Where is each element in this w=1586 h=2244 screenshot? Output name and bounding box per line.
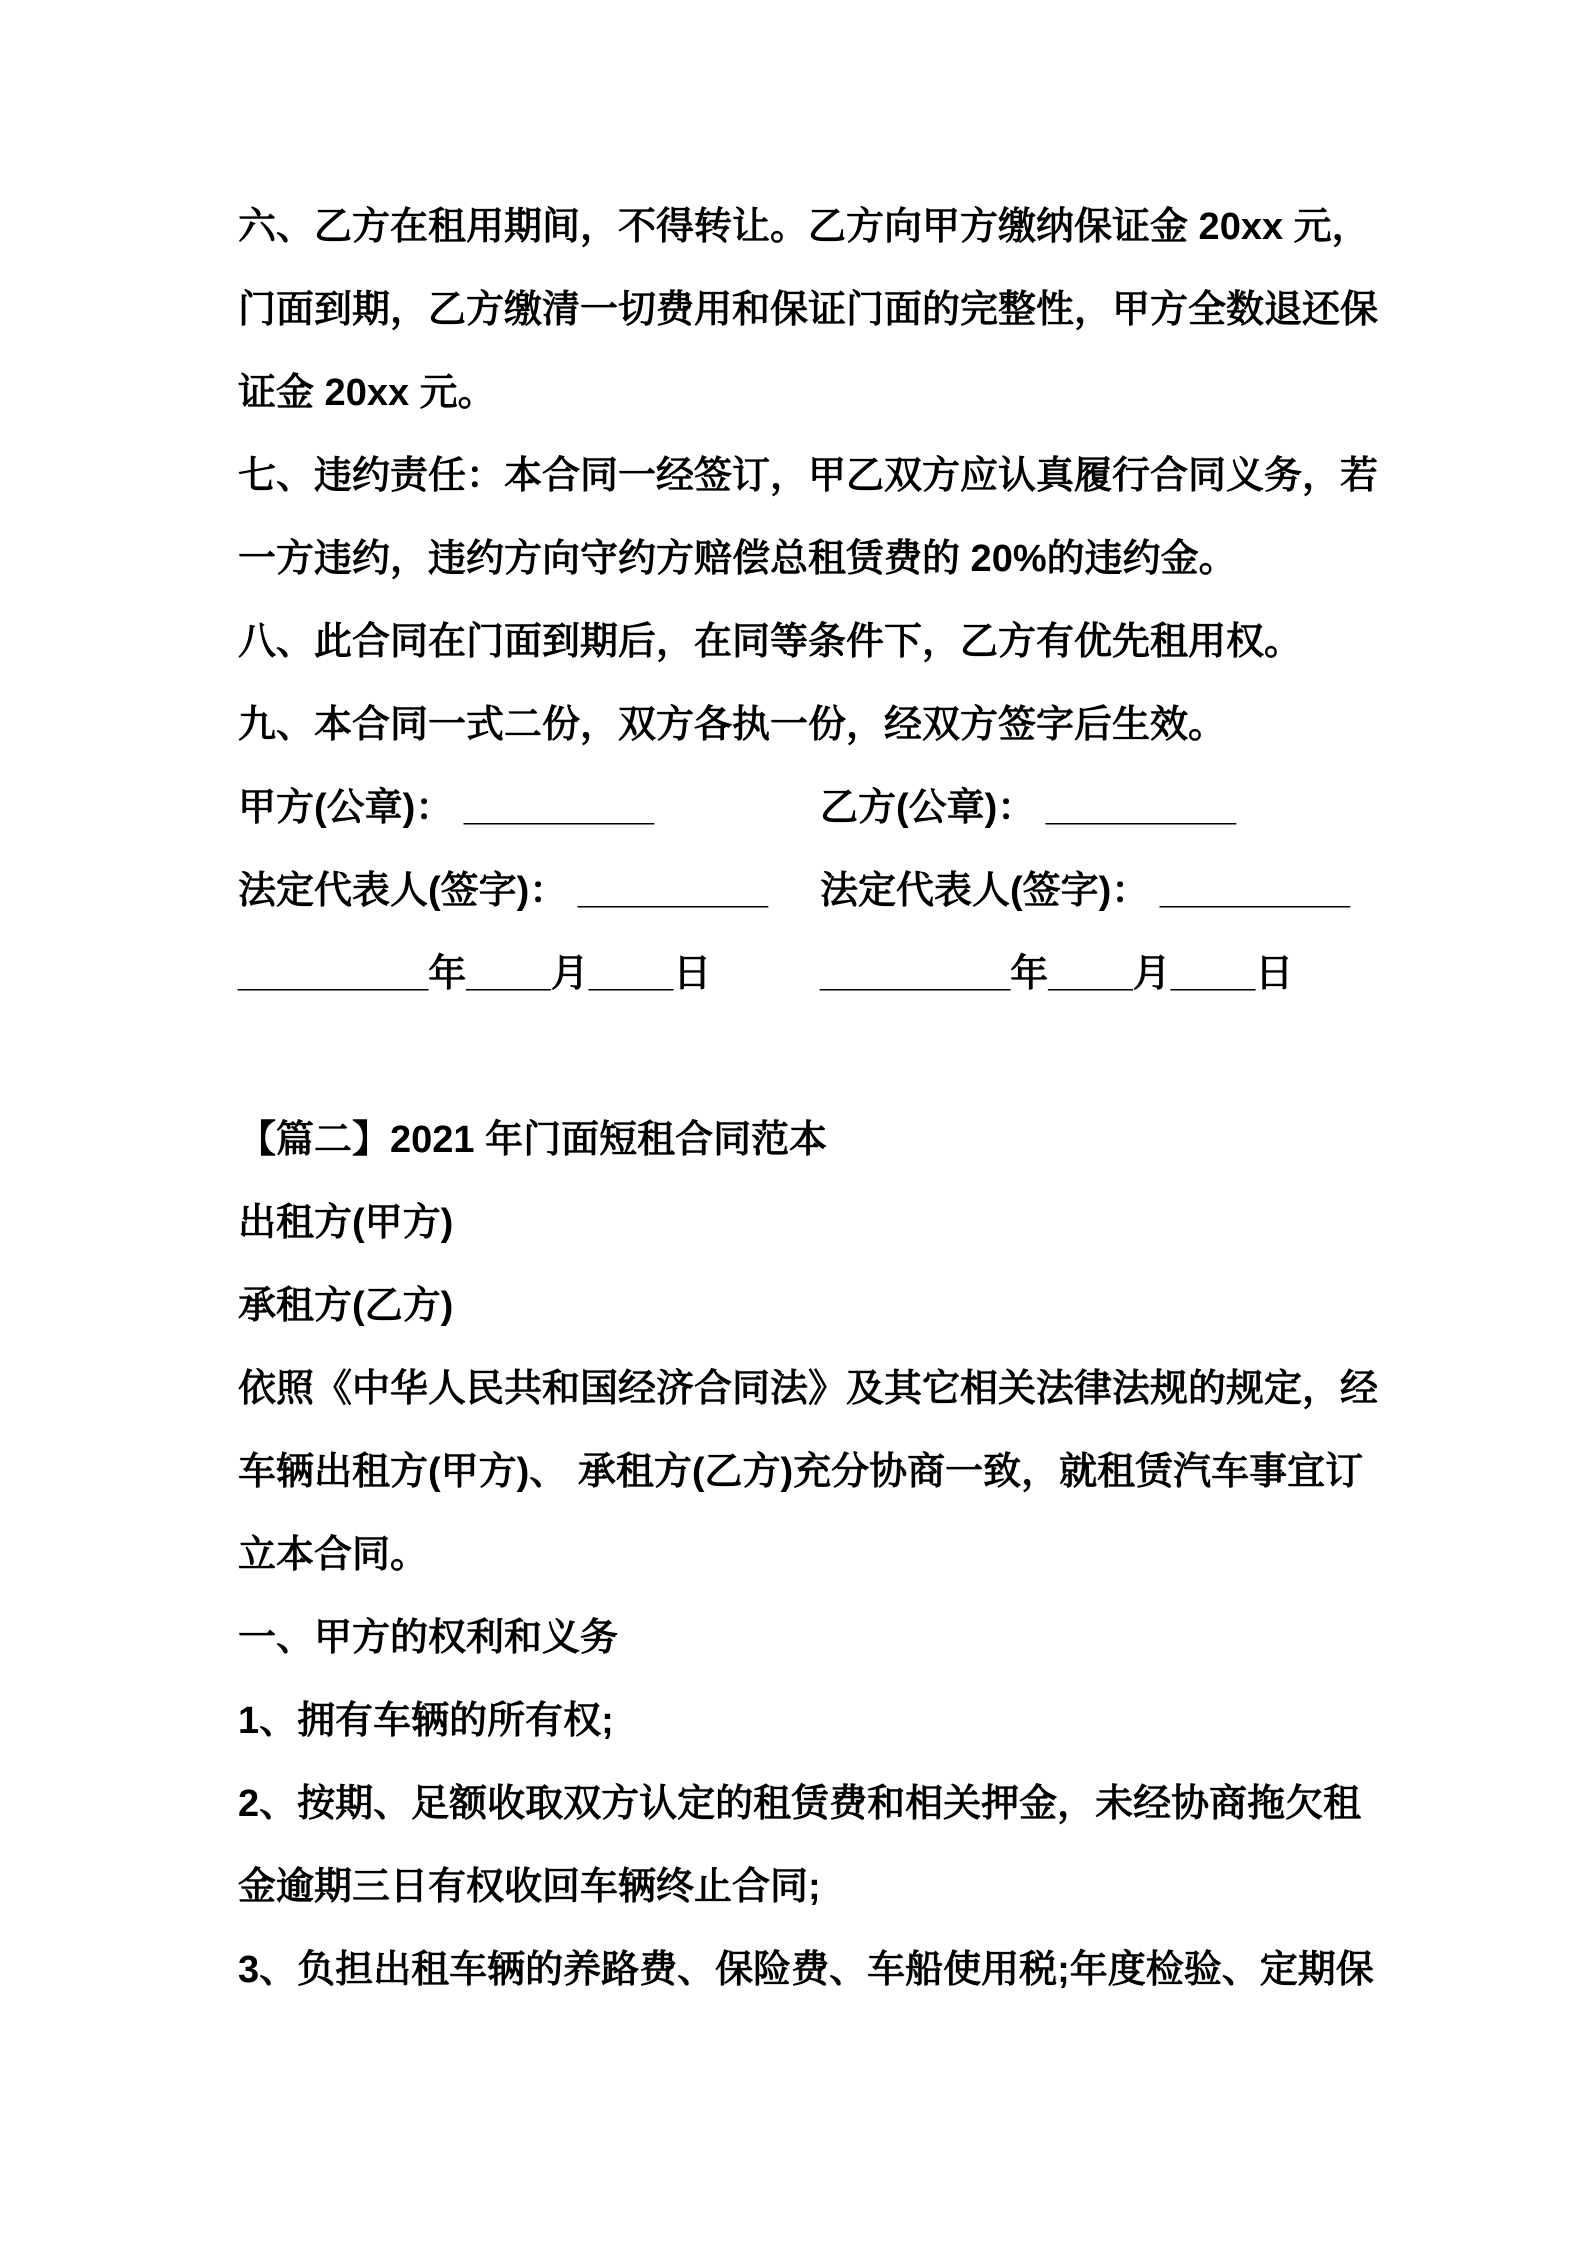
contract-document-page: 六、乙方在租用期间，不得转让。乙方向甲方缴纳保证金 20xx 元， 门面到期，乙…	[0, 0, 1586, 2244]
section-separator	[238, 1016, 1466, 1099]
lessor-line: 出租方(甲方)	[238, 1182, 1466, 1265]
party-b-legal-rep-blank: 法定代表人(签字)： _________	[820, 850, 1350, 933]
party-b-date-blank: _________年____月____日	[820, 933, 1293, 1016]
seal-signature-row: 甲方(公章)： _________ 乙方(公章)： _________	[238, 767, 1466, 850]
preamble-line-2: 车辆出租方(甲方)、 承租方(乙方)充分协商一致，就租赁汽车事宜订	[238, 1431, 1466, 1514]
document-content: 六、乙方在租用期间，不得转让。乙方向甲方缴纳保证金 20xx 元， 门面到期，乙…	[0, 0, 1586, 2012]
clause-6-line-1: 六、乙方在租用期间，不得转让。乙方向甲方缴纳保证金 20xx 元，	[238, 186, 1466, 269]
section-2-heading-1: 一、甲方的权利和义务	[238, 1597, 1466, 1680]
section-2-title: 【篇二】2021 年门面短租合同范本	[238, 1099, 1466, 1182]
item-1-line: 1、拥有车辆的所有权;	[238, 1680, 1466, 1763]
clause-7-line-2: 一方违约，违约方向守约方赔偿总租赁费的 20%的违约金。	[238, 518, 1466, 601]
clause-6-line-2: 门面到期，乙方缴清一切费用和保证门面的完整性，甲方全数退还保	[238, 269, 1466, 352]
clause-6-line-3: 证金 20xx 元。	[238, 352, 1466, 435]
item-2-line-2: 金逾期三日有权收回车辆终止合同;	[238, 1846, 1466, 1929]
preamble-line-1: 依照《中华人民共和国经济合同法》及其它相关法律法规的规定，经	[238, 1348, 1466, 1431]
party-a-date-blank: _________年____月____日	[238, 933, 820, 1016]
clause-8-line: 八、此合同在门面到期后，在同等条件下，乙方有优先租用权。	[238, 601, 1466, 684]
clause-7-line-1: 七、违约责任：本合同一经签订，甲乙双方应认真履行合同义务，若	[238, 435, 1466, 518]
party-a-legal-rep-blank: 法定代表人(签字)： _________	[238, 850, 820, 933]
lessee-line: 承租方(乙方)	[238, 1265, 1466, 1348]
clause-9-line: 九、本合同一式二份，双方各执一份，经双方签字后生效。	[238, 684, 1466, 767]
party-b-seal-blank: 乙方(公章)： _________	[820, 767, 1236, 850]
party-a-seal-blank: 甲方(公章)： _________	[238, 767, 820, 850]
item-3-line: 3、负担出租车辆的养路费、保险费、车船使用税;年度检验、定期保	[238, 1929, 1466, 2012]
preamble-line-3: 立本合同。	[238, 1514, 1466, 1597]
date-row: _________年____月____日 _________年____月____…	[238, 933, 1466, 1016]
item-2-line-1: 2、按期、足额收取双方认定的租赁费和相关押金，未经协商拖欠租	[238, 1763, 1466, 1846]
legal-representative-row: 法定代表人(签字)： _________ 法定代表人(签字)： ________…	[238, 850, 1466, 933]
